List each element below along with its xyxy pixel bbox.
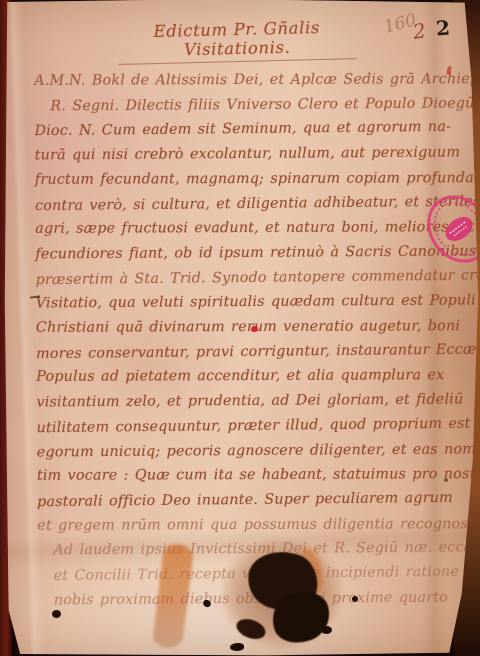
folio-number-black: 2	[435, 16, 451, 41]
manuscript-line: Visitatio, qua veluti spiritualis quædam…	[36, 289, 450, 317]
ink-blot	[234, 615, 268, 642]
manuscript-line: nobis proximam diebus obsequuturi proxim…	[38, 585, 452, 613]
manuscript-text-block: A.M.N. Bokl de Altissimis Dei, et Aplcæ …	[34, 67, 452, 613]
manuscript-line: et Concilii Trid. recepta visitatione in…	[38, 560, 452, 589]
manuscript-line: mores conservantur, pravi corriguntur, i…	[36, 338, 450, 367]
ink-speck	[321, 626, 332, 634]
manuscript-line: præsertim à Sta. Trid. Synodo tantopere …	[35, 263, 449, 292]
manuscript-line: agri, sæpe fructuosi evadunt, et natura …	[35, 215, 449, 241]
margin-dot	[444, 478, 448, 482]
manuscript-line: et gregem nrūm omni qua possumus diligen…	[37, 512, 451, 538]
manuscript-line: turā qui nisi crebrò excolantur, nullum,…	[35, 141, 449, 169]
manuscript-line: egorum unicuiq; pecoris agnoscere dilige…	[37, 437, 451, 465]
ink-speck	[230, 643, 244, 651]
manuscript-line: tim vocare : Quæ cum ita se habeant, sta…	[37, 462, 451, 488]
manuscript-line: visitantium zelo, et prudentia, ad Dei g…	[36, 388, 450, 416]
manuscript-line: utilitatem consequuntur, præter illud, q…	[36, 412, 450, 441]
manuscript-line: fructum fecundant, magnamq; spinarum cop…	[35, 166, 449, 192]
manuscript-line: Ad laudem ipsius Invictissimi Dei et R. …	[37, 536, 451, 564]
manuscript-line: fecundiores fiant, ob id ipsum retinuò à…	[35, 239, 449, 267]
page-title: Edictum Pr. Gñalis Visitationis.	[118, 17, 357, 65]
manuscript-line: A.M.N. Bokl de Altissimis Dei, et Aplcæ …	[34, 67, 448, 93]
manuscript-line: Populus ad pietatem accenditur, et alia …	[36, 364, 450, 390]
manuscript-page: Edictum Pr. Gñalis Visitationis. 160 2 2…	[0, 0, 480, 656]
ink-speck	[352, 596, 358, 602]
manuscript-line: Christiani quā divinarum rerum veneratio…	[36, 314, 450, 340]
manuscript-line: contra verò, si cultura, et diligentia a…	[35, 189, 449, 218]
folio-number-red: 2	[411, 18, 427, 44]
manuscript-line: Dioc. N. Cum eadem sit Seminum, qua et a…	[34, 115, 448, 144]
ink-speck	[52, 610, 61, 618]
manuscript-line: pastorali officio Deo inuante. Super pec…	[37, 486, 451, 515]
